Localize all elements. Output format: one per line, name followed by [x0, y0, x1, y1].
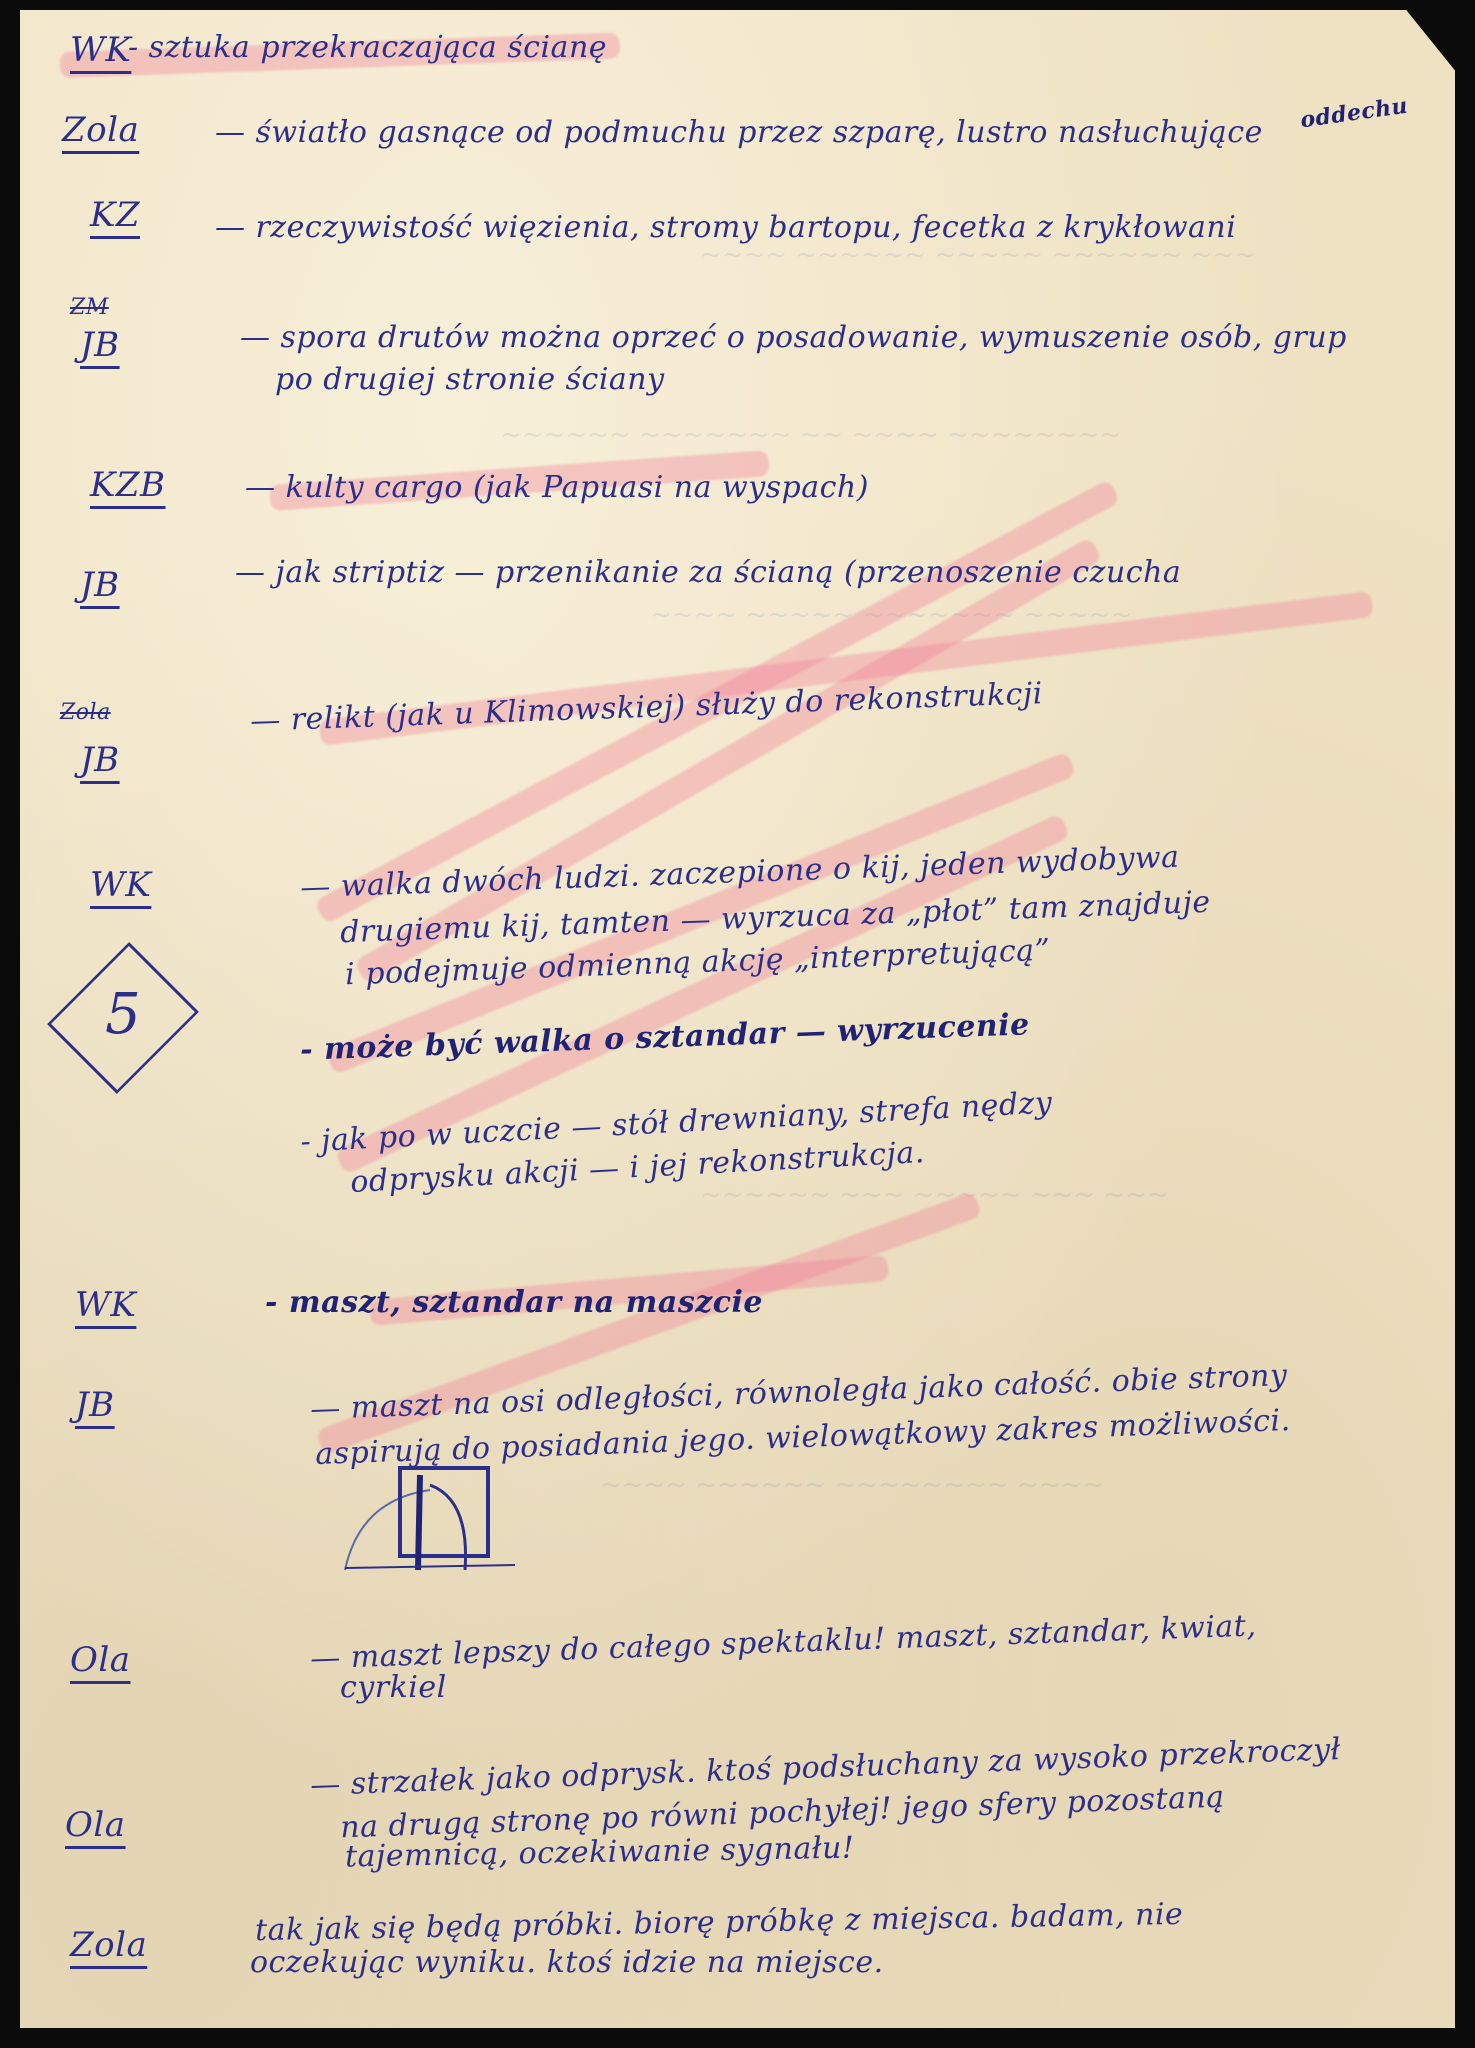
bleed-through-text: ~~~~~~ ~~~~~~~ ~~ ~~~~ ~~~~~~~~ [500, 420, 1121, 450]
note-line: cyrkiel [340, 1670, 447, 1705]
speaker-label: WK [75, 1285, 136, 1325]
speaker-label-struck: Zola [60, 700, 111, 725]
note-line: — spora drutów można oprzeć o posadowani… [240, 320, 1347, 355]
speaker-label: KZB [90, 465, 166, 505]
bleed-through-text: ~~~~ ~~~~~~ ~~~~~~~~ ~~~~ [600, 1470, 1104, 1500]
speaker-label: Ola [65, 1805, 126, 1845]
section-number: 5 [98, 982, 148, 1047]
speaker-label: Zola [62, 110, 139, 150]
note-line: — światło gasnące od podmuchu przez szpa… [215, 115, 1263, 150]
speaker-label: JB [80, 740, 120, 780]
page-title: - sztuka przekraczająca ścianę [128, 30, 607, 65]
speaker-label: Zola [70, 1925, 147, 1965]
speaker-label: JB [80, 325, 120, 365]
speaker-label: JB [80, 565, 120, 605]
speaker-label: KZ [90, 195, 140, 235]
speaker-label-struck: ZM [70, 295, 109, 320]
note-line: — kulty cargo (jak Papuasi na wyspach) [245, 470, 869, 505]
note-line: - maszt, sztandar na maszcie [265, 1285, 763, 1320]
note-line: — jak striptiz — przenikanie za ścianą (… [235, 555, 1181, 590]
speaker-label: JB [75, 1385, 115, 1425]
speaker-label: Ola [70, 1640, 131, 1680]
title-speaker: WK [70, 30, 131, 70]
mast-sketch-icon [340, 1460, 540, 1580]
speaker-label: WK [90, 865, 151, 905]
note-line: — rzeczywistość więzienia, stromy bartop… [215, 210, 1236, 245]
note-line: po drugiej stronie ściany [275, 362, 665, 397]
note-line: oczekując wyniku. ktoś idzie na miejsce. [250, 1945, 884, 1980]
